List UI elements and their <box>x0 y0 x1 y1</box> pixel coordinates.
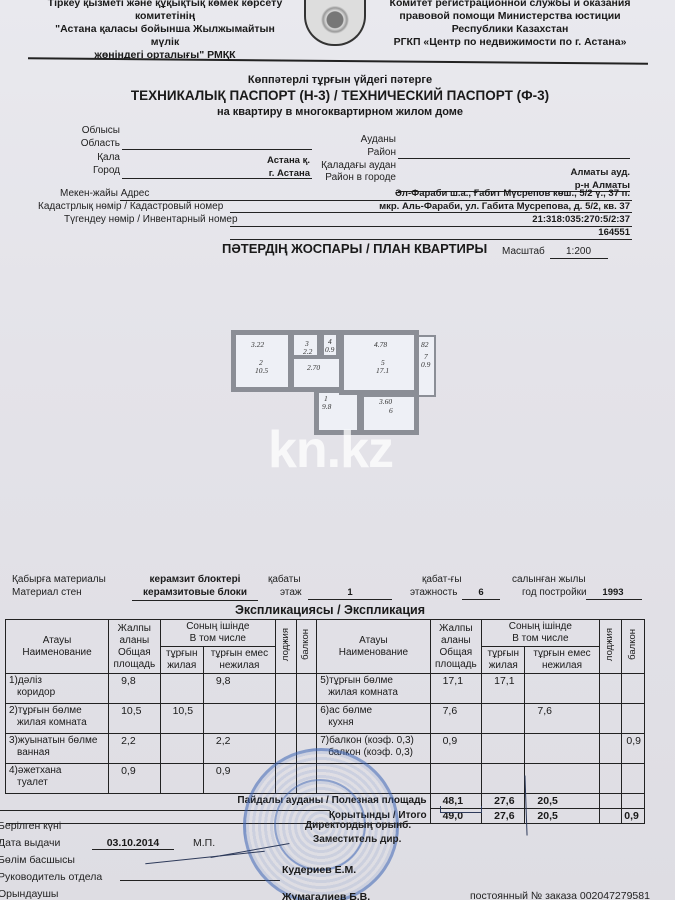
floors-label-kz: қабат-ғы <box>422 574 462 586</box>
header-right-line: правовой помощи Министерства юстиции <box>375 10 645 23</box>
col-incl-header: Соның ішінде В том числе <box>160 620 275 647</box>
address-value-kz: Әл-Фараби ш.а., Ғабит Мүсрепов көш., 5/2… <box>260 188 630 200</box>
room-name-kz: 7)балкон (коэф. 0,3) <box>320 735 426 747</box>
table-row: 2)тұрғын бөлмежилая комната10,510,56)ас … <box>6 704 645 734</box>
area-loggia-cell <box>276 704 297 734</box>
header-left-line: комитетінің <box>40 10 290 23</box>
doc-subtitle: Көппәтерлі тұрғын үйдегі пәтерге <box>80 74 600 86</box>
plan-label: 82 <box>421 340 429 349</box>
area-balcony-cell: 0,9 <box>622 734 645 764</box>
header-left: Тіркеу қызметі және құқықтық көмек көрсе… <box>40 0 290 62</box>
room-name-cell: 4)әжетханатуалет <box>6 764 109 794</box>
area-living-cell: 17,1 <box>482 674 525 704</box>
room-name-cell: 1)дәлізкоридор <box>6 674 109 704</box>
doc-title: ТЕХНИКАЛЫҚ ПАСПОРТ (Н-3) / ТЕХНИЧЕСКИЙ П… <box>60 88 620 103</box>
issue-date-label-ru: Дата выдачи <box>0 837 60 849</box>
room-name-ru: ванная <box>9 747 105 759</box>
floor-label-kz: қабаты <box>268 574 301 586</box>
area-total-cell: 2,2 <box>109 734 161 764</box>
wall-material-label-kz: Қабырға материалы <box>12 574 106 586</box>
header-right-line: Республики Казахстан <box>375 23 645 36</box>
plan-label: 3.22 <box>251 340 264 349</box>
room-name-kz: 4)әжетхана <box>9 765 105 777</box>
room-name-ru: жилая комната <box>9 717 105 729</box>
area-loggia-cell <box>599 734 622 764</box>
deputy-label-ru: Заместитель дир. <box>313 834 401 846</box>
watermark: kn.kz <box>268 420 393 480</box>
area-total-cell: 10,5 <box>109 704 161 734</box>
col-loggia-header: лоджия <box>276 620 297 674</box>
city-district-label-kz: Қаладағы аудан <box>290 160 396 172</box>
room-name-ru: коридор <box>9 687 105 699</box>
col-balcony-header: балкон <box>622 620 645 674</box>
room-name-kz: 5)тұрғын бөлме <box>320 675 426 687</box>
area-total-cell: 0,9 <box>109 764 161 794</box>
area-balcony-cell <box>622 674 645 704</box>
area-living-cell <box>482 734 525 764</box>
district-label-kz: Ауданы <box>300 134 396 146</box>
col-loggia-header: лоджия <box>599 620 622 674</box>
area-total-cell: 9,8 <box>109 674 161 704</box>
header-left-line: "Астана қаласы бойынша Жылжымайтын мүлік <box>40 23 290 49</box>
scale-field <box>550 258 608 259</box>
header-right-line: РГКП «Центр по недвижимости по г. Астана… <box>375 36 645 49</box>
district-field <box>398 158 630 159</box>
area-balcony-cell <box>296 704 317 734</box>
col-total-header: Жалпы аланы Общая площадь <box>430 620 482 674</box>
wall-material-value-kz: керамзит блоктері <box>130 574 260 586</box>
wall-material-value-ru: керамзитовые блоки <box>130 587 260 599</box>
plan-label: 10.5 <box>255 366 268 375</box>
oblast-field <box>122 149 312 150</box>
area-living-cell <box>160 764 203 794</box>
header-left-line: Тіркеу қызметі және құқықтық көмек көрсе… <box>40 0 290 10</box>
floor-field <box>308 599 392 600</box>
room-name-ru: жилая комната <box>320 687 426 699</box>
area-loggia-cell <box>599 764 622 794</box>
col-name-header: Атауы Наименование <box>317 620 430 674</box>
area-nonliving-cell <box>525 764 599 794</box>
room-name-cell: 2)тұрғын бөлмежилая комната <box>6 704 109 734</box>
plan-label: 3.60 <box>379 397 392 406</box>
city-value-kz: Астана қ. <box>150 155 310 167</box>
city-label-ru: Город <box>20 165 120 177</box>
area-nonliving-cell: 7,6 <box>525 704 599 734</box>
wall-material-field <box>132 600 258 601</box>
signer-name-2: Жумагалиев Б.В. <box>282 891 370 900</box>
room-name-cell: 6)ас бөлмекухня <box>317 704 430 734</box>
executor-label: Орындаушы <box>0 888 58 900</box>
area-loggia-cell <box>599 674 622 704</box>
head-label-kz: Бөлім басшысы <box>0 854 75 866</box>
useful-loggia <box>599 794 622 809</box>
useful-nonliving: 20,5 <box>525 794 599 809</box>
col-total-header: Жалпы аланы Общая площадь <box>109 620 161 674</box>
year-field <box>586 599 642 600</box>
area-total-cell: 17,1 <box>430 674 482 704</box>
col-nonliving-header: тұрғын емес нежилая <box>203 647 275 674</box>
head-label-ru: Руководитель отдела <box>0 871 102 883</box>
plan-title: ПӘТЕРДІҢ ЖОСПАРЫ / ПЛАН КВАРТИРЫ <box>222 241 487 256</box>
city-district-label-ru: Район в городе <box>290 172 396 184</box>
room-name-kz: 3)жуынатын бөлме <box>9 735 105 747</box>
cadastral-field <box>230 212 632 213</box>
stamp-place: М.П. <box>193 837 215 849</box>
area-nonliving-cell: 9,8 <box>203 674 275 704</box>
year-value: 1993 <box>588 587 638 599</box>
col-incl-header: Соның ішінде В том числе <box>482 620 599 647</box>
col-living-header: тұрғын жилая <box>160 647 203 674</box>
cadastral-label: Кадастрлық нөмір / Кадастровый номер <box>38 201 223 213</box>
col-name-header: Атауы Наименование <box>6 620 109 674</box>
scale-label: Масштаб <box>502 246 545 258</box>
area-total-cell: 7,6 <box>430 704 482 734</box>
cadastral-value: 21:318:035:270:5/2:37 <box>400 214 630 226</box>
grand-loggia <box>599 809 622 824</box>
area-nonliving-cell: 2,2 <box>203 734 275 764</box>
useful-living: 27,6 <box>482 794 525 809</box>
oblast-label-ru: Область <box>20 138 120 150</box>
col-living-header: тұрғын жилая <box>482 647 525 674</box>
area-balcony-cell <box>296 674 317 704</box>
col-balcony-header: балкон <box>296 620 317 674</box>
district-label-ru: Район <box>300 147 396 159</box>
area-total-cell <box>430 764 482 794</box>
deputy-label-kz: Директордың орынб. <box>305 820 411 832</box>
kazakhstan-emblem-icon <box>304 0 366 46</box>
room-name-ru: кухня <box>320 717 426 729</box>
order-number: постоянный № заказа 002047279581 <box>470 890 650 900</box>
table-row: 1)дәлізкоридор9,89,85)тұрғын бөлмежилая … <box>6 674 645 704</box>
area-living-cell <box>482 764 525 794</box>
plan-label: 2.70 <box>307 363 320 372</box>
area-nonliving-cell <box>525 674 599 704</box>
head-signature-line <box>120 880 280 881</box>
area-balcony-cell <box>622 704 645 734</box>
plan-label: 9.8 <box>322 402 331 411</box>
city-label-kz: Қала <box>20 152 120 164</box>
doc-title-sub: на квартиру в многоквартирном жилом доме <box>80 106 600 118</box>
inventory-value: 164551 <box>400 227 630 239</box>
plan-label: 2.2 <box>303 347 312 356</box>
floors-label-ru: этажность <box>410 587 457 599</box>
signature-stroke <box>440 806 482 813</box>
room-name-kz: 6)ас бөлме <box>320 705 426 717</box>
city-field <box>122 178 312 179</box>
col-nonliving-header: тұрғын емес нежилая <box>525 647 599 674</box>
room-name-kz: 2)тұрғын бөлме <box>9 705 105 717</box>
wall-material-label-ru: Материал стен <box>12 587 82 599</box>
address-label: Мекен-жайы Адрес <box>60 188 149 200</box>
year-label-kz: салынған жылы <box>512 574 586 586</box>
area-loggia-cell <box>599 704 622 734</box>
room-name-ru: туалет <box>9 777 105 789</box>
header-right-line: Комитет регистрационной службы и оказани… <box>375 0 645 10</box>
area-loggia-cell <box>276 674 297 704</box>
signer-name-1: Кудериев Е.М. <box>282 864 356 876</box>
plan-label: 6 <box>389 406 393 415</box>
inventory-label: Түгендеу нөмір / Инвентарный номер <box>64 214 238 226</box>
issue-date-value: 03.10.2014 <box>92 837 174 849</box>
plan-label: 17.1 <box>376 366 389 375</box>
plan-label: 0.9 <box>325 345 334 354</box>
area-nonliving-cell <box>525 734 599 764</box>
year-label-ru: год постройки <box>522 587 587 599</box>
floors-value: 6 <box>466 587 496 599</box>
explication-title: Экспликациясы / Экспликация <box>180 603 480 617</box>
floors-field <box>462 599 500 600</box>
area-living-cell <box>160 734 203 764</box>
issue-date-field <box>92 849 174 850</box>
scale-value: 1:200 <box>566 246 591 258</box>
room-name-cell: 3)жуынатын бөлмеванная <box>6 734 109 764</box>
floor-value: 1 <box>310 587 390 599</box>
issue-date-label-kz: Берілген күні <box>0 820 61 832</box>
room-name-kz: 1)дәліз <box>9 675 105 687</box>
grand-living: 27,6 <box>482 809 525 824</box>
plan-label: 4.78 <box>374 340 387 349</box>
grand-balcony: 0,9 <box>622 809 645 824</box>
area-balcony-cell <box>622 764 645 794</box>
inventory-field <box>230 239 632 240</box>
area-living-cell: 10,5 <box>160 704 203 734</box>
header-right: Комитет регистрационной службы и оказани… <box>375 0 645 49</box>
oblast-label-kz: Облысы <box>20 125 120 137</box>
grand-nonliving: 20,5 <box>525 809 599 824</box>
room-name-cell: 5)тұрғын бөлмежилая комната <box>317 674 430 704</box>
area-total-cell: 0,9 <box>430 734 482 764</box>
area-living-cell <box>482 704 525 734</box>
area-nonliving-cell <box>203 704 275 734</box>
plan-label: 0.9 <box>421 360 430 369</box>
city-district-value-kz: Алматы ауд. <box>440 167 630 179</box>
useful-balcony <box>622 794 645 809</box>
area-living-cell <box>160 674 203 704</box>
signature-stroke <box>145 851 264 865</box>
floor-label-ru: этаж <box>280 587 302 599</box>
